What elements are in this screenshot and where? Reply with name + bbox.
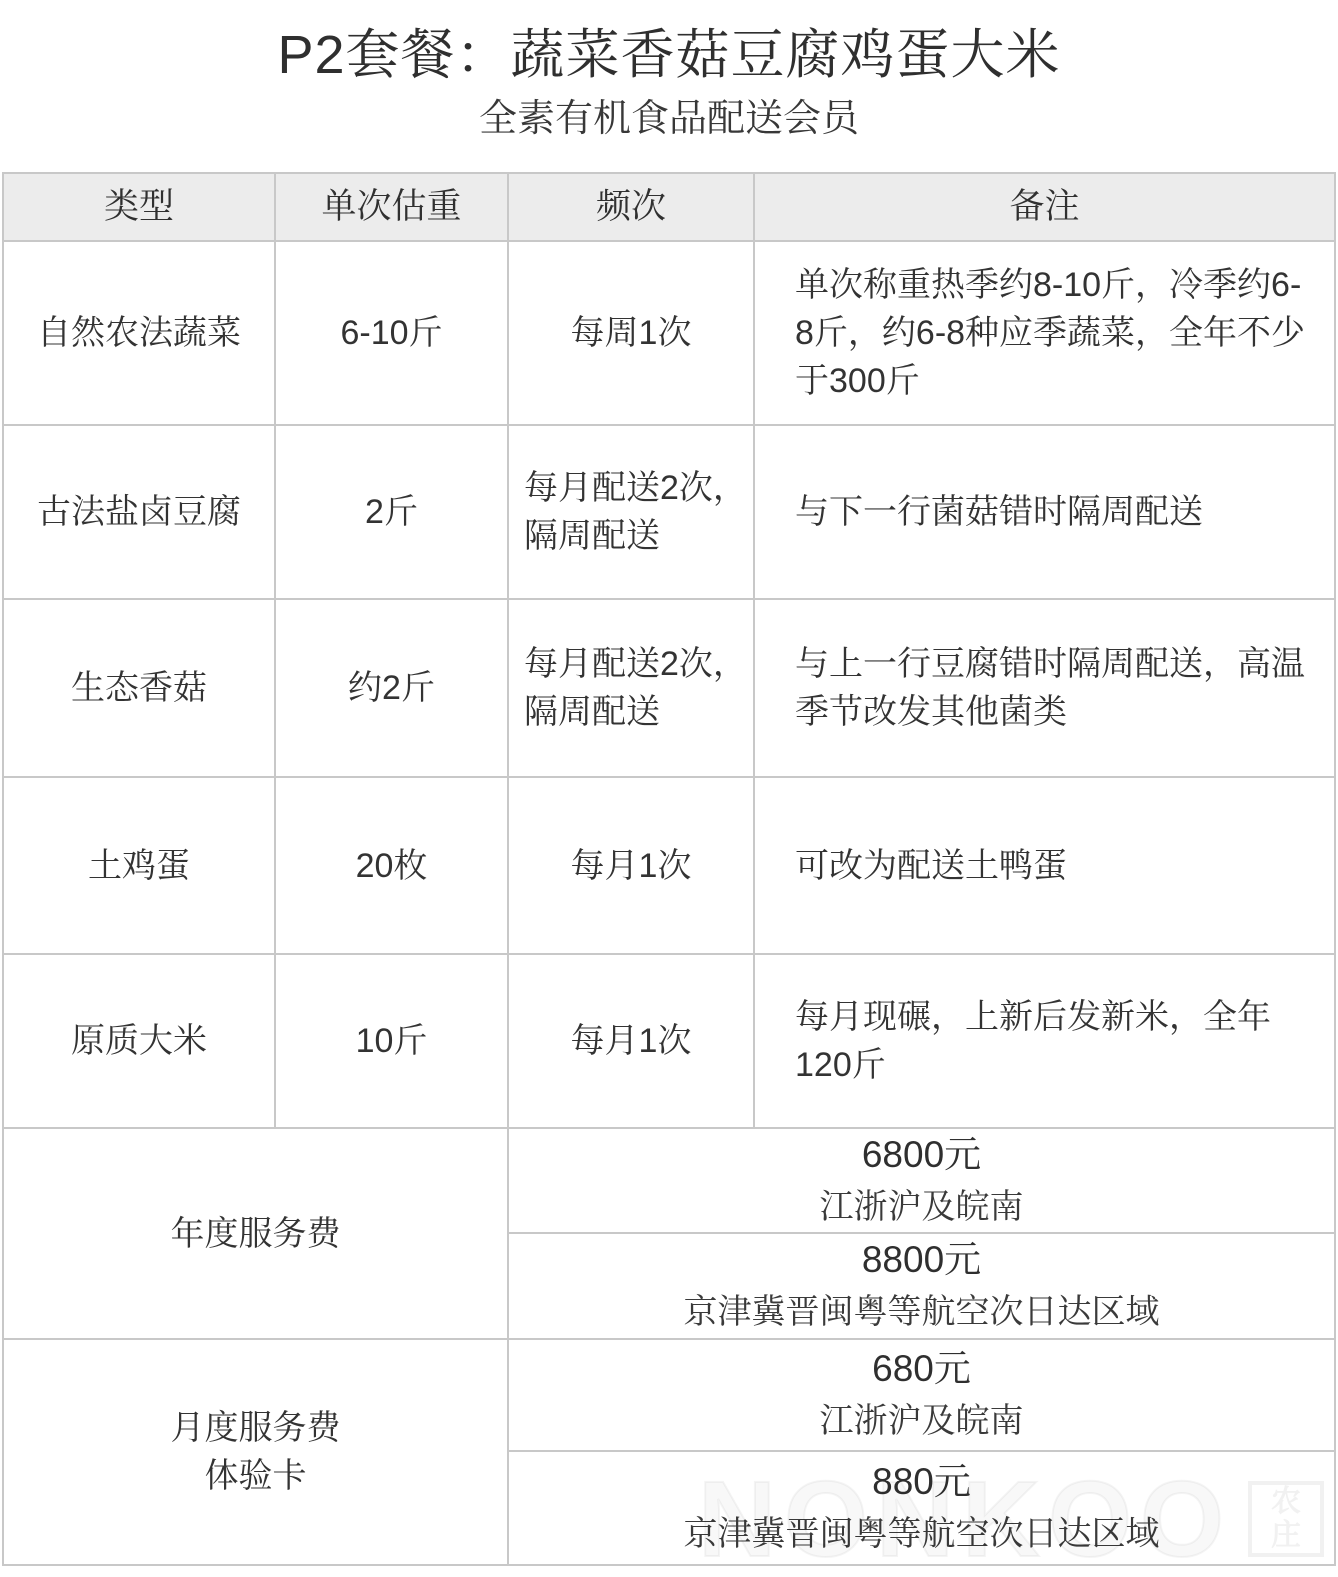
freq-cell: 每月1次 — [509, 955, 753, 1127]
note-cell: 与下一行菌菇错时隔周配送 — [755, 426, 1334, 598]
freq-cell: 每月配送2次，隔周配送 — [509, 600, 753, 776]
weight-cell: 10斤 — [276, 955, 507, 1127]
page: P2套餐：蔬菜香菇豆腐鸡蛋大米 全素有机食品配送会员 类型 单次估重 频次 备注… — [0, 0, 1338, 1577]
monthly-fee-option-1-price: 680元 — [872, 1343, 971, 1395]
header-cell-type: 类型 — [4, 174, 274, 240]
annual-fee-label: 年度服务费 — [4, 1129, 507, 1338]
annual-fee-label-line1: 年度服务费 — [171, 1210, 341, 1258]
annual-fee-option-2: 8800元 京津冀晋闽粤等航空次日达区域 — [509, 1234, 1334, 1338]
freq-cell: 每月1次 — [509, 778, 753, 953]
annual-fee-option-2-price: 8800元 — [862, 1234, 981, 1286]
annual-fee-option-1: 6800元 江浙沪及皖南 — [509, 1129, 1334, 1232]
weight-cell: 20枚 — [276, 778, 507, 953]
monthly-fee-option-1-region: 江浙沪及皖南 — [820, 1395, 1024, 1447]
type-cell: 原质大米 — [4, 955, 274, 1127]
header-cell-frequency: 频次 — [509, 174, 753, 240]
note-cell: 与上一行豆腐错时隔周配送，高温季节改发其他菌类 — [755, 600, 1334, 776]
header-cell-remarks: 备注 — [755, 174, 1334, 240]
type-cell: 生态香菇 — [4, 600, 274, 776]
page-subtitle: 全素有机食品配送会员 — [0, 94, 1338, 144]
weight-cell: 约2斤 — [276, 600, 507, 776]
monthly-fee-label-line1: 月度服务费 — [171, 1404, 341, 1452]
type-cell: 自然农法蔬菜 — [4, 242, 274, 424]
header-cell-weight: 单次估重 — [276, 174, 507, 240]
annual-fee-option-2-region: 京津冀晋闽粤等航空次日达区域 — [684, 1286, 1160, 1338]
freq-cell: 每周1次 — [509, 242, 753, 424]
monthly-fee-label: 月度服务费 体验卡 — [4, 1340, 507, 1564]
page-title: P2套餐：蔬菜香菇豆腐鸡蛋大米 — [0, 0, 1338, 88]
annual-fee-option-1-price: 6800元 — [862, 1129, 981, 1181]
monthly-fee-label-line2: 体验卡 — [205, 1452, 307, 1500]
note-cell: 单次称重热季约8-10斤，冷季约6-8斤，约6-8种应季蔬菜，全年不少于300斤 — [755, 242, 1334, 424]
freq-cell: 每月配送2次，隔周配送 — [509, 426, 753, 598]
monthly-fee-option-2-region: 京津冀晋闽粤等航空次日达区域 — [684, 1508, 1160, 1560]
type-cell: 土鸡蛋 — [4, 778, 274, 953]
monthly-fee-option-2: 880元 京津冀晋闽粤等航空次日达区域 — [509, 1452, 1334, 1564]
annual-fee-option-1-region: 江浙沪及皖南 — [820, 1181, 1024, 1233]
note-cell: 每月现碾，上新后发新米，全年120斤 — [755, 955, 1334, 1127]
note-cell: 可改为配送土鸭蛋 — [755, 778, 1334, 953]
plan-table: 类型 单次估重 频次 备注 自然农法蔬菜 6-10斤 每周1次 单次称重热季约8… — [2, 172, 1336, 1566]
monthly-fee-option-1: 680元 江浙沪及皖南 — [509, 1340, 1334, 1450]
weight-cell: 2斤 — [276, 426, 507, 598]
weight-cell: 6-10斤 — [276, 242, 507, 424]
type-cell: 古法盐卤豆腐 — [4, 426, 274, 598]
monthly-fee-option-2-price: 880元 — [872, 1456, 971, 1508]
